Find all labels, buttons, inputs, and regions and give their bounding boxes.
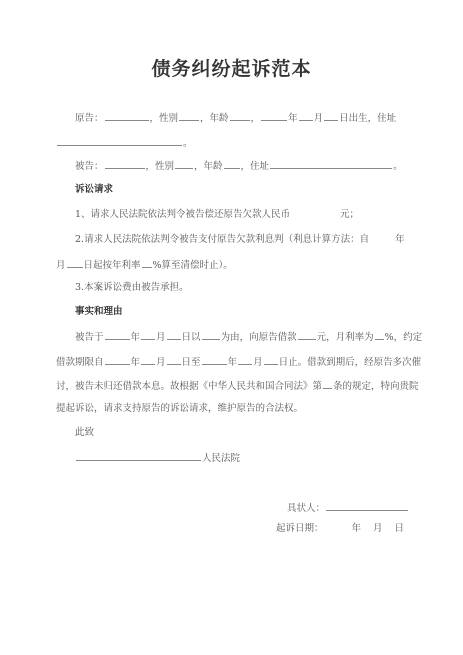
text: 借款期限自 xyxy=(56,357,104,368)
facts-heading: 事实和理由 xyxy=(75,306,123,318)
plaintiff-birth-day-blank[interactable] xyxy=(324,111,338,121)
plaintiff-line: 原告：，性别，年龄，年月日出生，住址 xyxy=(75,111,396,125)
facts-para-line-2: 借款期限自年月日至年月日止。借款到期后，经原告多次催 xyxy=(56,355,421,369)
date-label: 起诉日期： xyxy=(276,523,324,534)
article-number-blank[interactable] xyxy=(323,379,332,389)
claim-item-1: 1、请求人民法院依法判令被告偿还原告欠款人民币元； xyxy=(75,209,359,221)
month-label: 月 xyxy=(253,357,263,368)
salutation: 此致 xyxy=(75,427,94,439)
court-name-blank[interactable] xyxy=(76,451,201,461)
year-label: 年 xyxy=(228,357,238,368)
plaintiff-gender-blank[interactable] xyxy=(179,111,199,121)
claim-2-text: 2.请求人民法院依法判令被告支付原告欠款利息判（利息计算方法：自 xyxy=(75,234,369,245)
loan-day-blank[interactable] xyxy=(167,330,181,340)
year-label: 年 xyxy=(395,234,405,245)
month-label: 月 xyxy=(156,357,166,368)
loan-year-blank[interactable] xyxy=(105,330,130,340)
loan-reason-blank[interactable] xyxy=(202,330,220,340)
year-label: 年 xyxy=(288,113,298,124)
facts-para-line-4: 提起诉讼，请求支持原告的诉讼请求，维护原告的合法权。 xyxy=(56,403,303,415)
plaintiff-name-blank[interactable] xyxy=(105,111,149,121)
address-label: ，住址 xyxy=(241,161,270,172)
term-end-year-blank[interactable] xyxy=(202,355,227,365)
defendant-line: 被告：，性别，年龄，住址。 xyxy=(75,159,403,173)
gender-label: ，性别 xyxy=(150,113,179,124)
claim-item-2: 2.请求人民法院依法判令被告支付原告欠款利息判（利息计算方法：自年 xyxy=(75,234,405,246)
plaintiff-age-blank[interactable] xyxy=(230,111,250,121)
court-label: 人民法院 xyxy=(202,453,240,464)
claim-item-2-cont: 月日起按年利率%算至清偿时止）。 xyxy=(56,258,233,272)
term-start-day-blank[interactable] xyxy=(167,355,181,365)
plaintiff-label: 原告： xyxy=(75,113,104,124)
month-label: 月 xyxy=(156,332,166,343)
claim-2-end: %算至清偿时止）。 xyxy=(153,260,233,271)
age-label: ，年龄 xyxy=(194,161,223,172)
claim-1-text: 1、请求人民法院依法判令被告偿还原告欠款人民币 xyxy=(75,209,290,220)
month-label: 月 xyxy=(373,523,383,534)
defendant-address-blank[interactable] xyxy=(270,159,392,169)
signer-line: 具状人： xyxy=(287,501,409,515)
claim-item-3: 3.本案诉讼费由被告承担。 xyxy=(75,282,189,294)
day-label: 日 xyxy=(395,523,405,534)
term-end-month-blank[interactable] xyxy=(238,355,252,365)
text: %，约定 xyxy=(385,332,423,343)
text: 日至 xyxy=(182,357,201,368)
signer-blank[interactable] xyxy=(326,501,408,511)
claims-heading: 诉讼请求 xyxy=(75,184,113,196)
text: 被告于 xyxy=(75,332,104,343)
court-line: 人民法院 xyxy=(75,451,240,465)
born-address-label: 日出生，住址 xyxy=(339,113,396,124)
interest-rate-blank[interactable] xyxy=(142,258,152,268)
term-start-year-blank[interactable] xyxy=(105,355,130,365)
defendant-age-blank[interactable] xyxy=(224,159,240,169)
year-label: 年 xyxy=(352,523,362,534)
month-label: 月 xyxy=(314,113,324,124)
plaintiff-birth-year-blank[interactable] xyxy=(261,111,287,121)
text: 元，月利率为 xyxy=(317,332,374,343)
text: 讨，被告未归还借款本息。故根据《中华人民共和国合同法》第 xyxy=(56,381,322,392)
page-title: 债务纠纷起诉范本 xyxy=(0,54,463,81)
year-label: 年 xyxy=(131,357,141,368)
annual-rate-label: 日起按年利率 xyxy=(84,260,141,271)
year-label: 年 xyxy=(131,332,141,343)
age-label: ，年龄 xyxy=(200,113,229,124)
comma: ， xyxy=(251,113,261,124)
loan-amount-blank[interactable] xyxy=(298,330,316,340)
plaintiff-birth-month-blank[interactable] xyxy=(299,111,313,121)
defendant-label: 被告： xyxy=(75,161,104,172)
text: 为由，向原告借款 xyxy=(221,332,297,343)
month-label: 月 xyxy=(56,260,66,271)
text: 日以 xyxy=(182,332,201,343)
loan-month-blank[interactable] xyxy=(141,330,155,340)
monthly-rate-blank[interactable] xyxy=(375,330,384,340)
facts-para-line-3: 讨，被告未归还借款本息。故根据《中华人民共和国合同法》第条的规定，特向贵院 xyxy=(56,379,419,393)
date-line: 起诉日期：年月日 xyxy=(276,523,404,535)
defendant-name-blank[interactable] xyxy=(105,159,145,169)
signer-label: 具状人： xyxy=(287,503,325,514)
plaintiff-address-line: 。 xyxy=(56,136,193,150)
yuan-label: 元； xyxy=(340,209,359,220)
plaintiff-address-blank[interactable] xyxy=(57,136,182,146)
term-end-day-blank[interactable] xyxy=(264,355,278,365)
defendant-gender-blank[interactable] xyxy=(175,159,193,169)
text: 日止。借款到期后，经原告多次催 xyxy=(279,357,422,368)
text: 条的规定，特向贵院 xyxy=(333,381,419,392)
interest-day-blank[interactable] xyxy=(67,258,83,268)
gender-label: ，性别 xyxy=(146,161,175,172)
facts-para-line-1: 被告于年月日以为由，向原告借款元，月利率为%，约定 xyxy=(75,330,422,344)
term-start-month-blank[interactable] xyxy=(141,355,155,365)
period: 。 xyxy=(393,161,403,172)
period: 。 xyxy=(183,138,193,149)
